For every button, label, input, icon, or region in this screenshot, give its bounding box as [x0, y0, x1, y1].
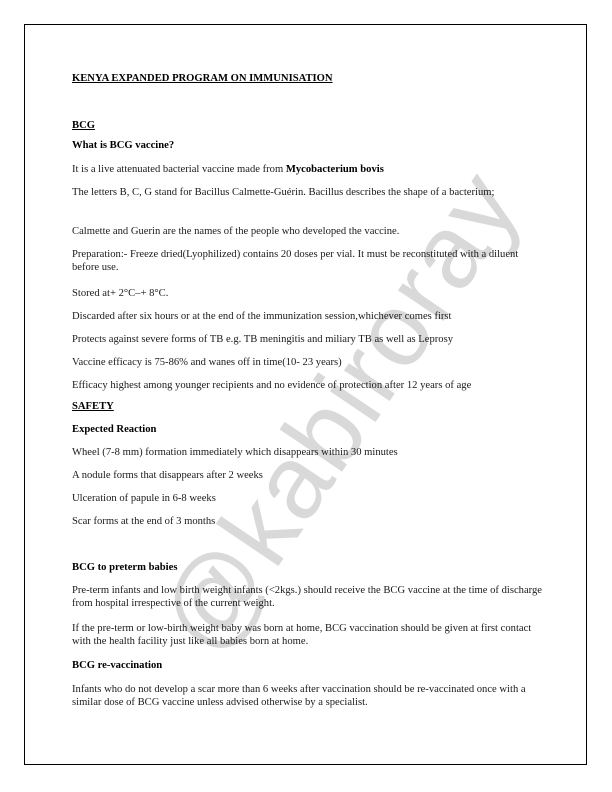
- reaction-item: Wheel (7-8 mm) formation immediately whi…: [72, 446, 398, 459]
- paragraph-preterm-1: Pre-term infants and low birth weight in…: [72, 584, 542, 610]
- paragraph-protects: Protects against severe forms of TB e.g.…: [72, 333, 453, 346]
- paragraph-names: Calmette and Guerin are the names of the…: [72, 225, 399, 238]
- reaction-item: A nodule forms that disappears after 2 w…: [72, 469, 263, 482]
- subheading-preterm: BCG to preterm babies: [72, 561, 177, 574]
- page-border: [24, 24, 587, 765]
- section-heading-bcg: BCG: [72, 119, 95, 132]
- reaction-item: Ulceration of papule in 6-8 weeks: [72, 492, 216, 505]
- paragraph-stored: Stored at+ 2°C–+ 8°C.: [72, 287, 168, 300]
- paragraph-revaccination: Infants who do not develop a scar more t…: [72, 683, 542, 709]
- paragraph-letters: The letters B, C, G stand for Bacillus C…: [72, 186, 542, 199]
- paragraph-efficacy: Vaccine efficacy is 75-86% and wanes off…: [72, 356, 342, 369]
- live-vaccine-text: It is a live attenuated bacterial vaccin…: [72, 164, 286, 175]
- reaction-item: Scar forms at the end of 3 months: [72, 515, 215, 528]
- subheading-expected-reaction: Expected Reaction: [72, 423, 156, 436]
- subheading-what-is-bcg: What is BCG vaccine?: [72, 139, 174, 152]
- section-heading-safety: SAFETY: [72, 400, 114, 413]
- subheading-revaccination: BCG re-vaccination: [72, 659, 162, 672]
- paragraph-discarded: Discarded after six hours or at the end …: [72, 310, 452, 323]
- paragraph-live-vaccine: It is a live attenuated bacterial vaccin…: [72, 163, 384, 176]
- organism-name: Mycobacterium bovis: [286, 164, 384, 175]
- document-title: KENYA EXPANDED PROGRAM ON IMMUNISATION: [72, 72, 333, 85]
- paragraph-preterm-2: If the pre-term or low-birth weight baby…: [72, 622, 542, 648]
- paragraph-preparation: Preparation:- Freeze dried(Lyophilized) …: [72, 248, 542, 274]
- paragraph-efficacy-highest: Efficacy highest among younger recipient…: [72, 379, 471, 392]
